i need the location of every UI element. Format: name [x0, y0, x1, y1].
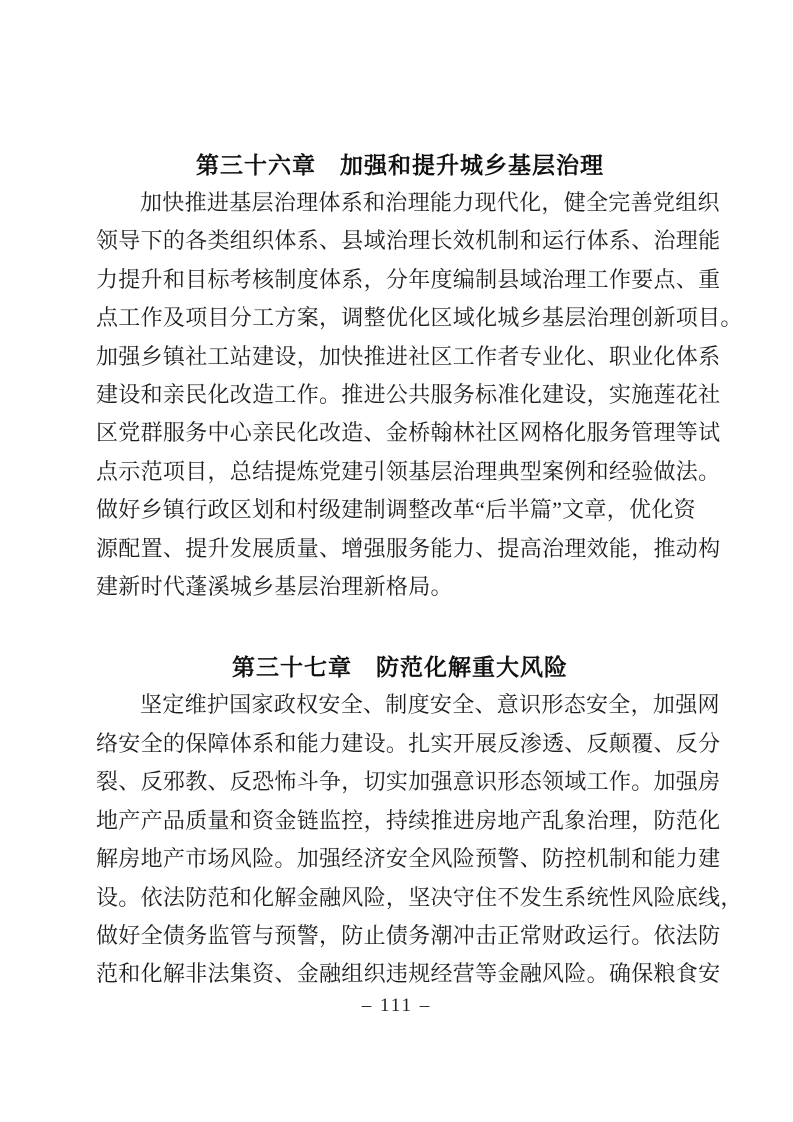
page-number: – 111 – [0, 995, 793, 1017]
body-line: 做好乡镇行政区划和村级建制调整改革“后半篇”文章，优化资 [96, 491, 704, 529]
body-line: 坚定维护国家政权安全、制度安全、意识形态安全，加强网 [96, 686, 704, 724]
chapter-36-heading: 第三十六章 加强和提升城乡基层治理 [96, 150, 704, 180]
body-line: 领导下的各类组织体系、县域治理长效机制和运行体系、治理能 [96, 222, 704, 260]
chapter-36-paragraph: 加快推进基层治理体系和治理能力现代化，健全完善党组织 领导下的各类组织体系、县域… [96, 184, 704, 606]
document-page: 第三十六章 加强和提升城乡基层治理 加快推进基层治理体系和治理能力现代化，健全完… [0, 0, 793, 1122]
body-line: 加快推进基层治理体系和治理能力现代化，健全完善党组织 [96, 184, 704, 222]
body-line: 区党群服务中心亲民化改造、金桥翰林社区网格化服务管理等试 [96, 414, 704, 452]
chapter-37-paragraph: 坚定维护国家政权安全、制度安全、意识形态安全，加强网 络安全的保障体系和能力建设… [96, 686, 704, 993]
body-line: 络安全的保障体系和能力建设。扎实开展反渗透、反颠覆、反分 [96, 725, 704, 763]
text-column: 第三十六章 加强和提升城乡基层治理 加快推进基层治理体系和治理能力现代化，健全完… [96, 0, 704, 994]
body-line: 点工作及项目分工方案，调整优化区域化城乡基层治理创新项目。 [96, 299, 704, 337]
body-line: 裂、反邪教、反恐怖斗争，切实加强意识形态领域工作。加强房 [96, 763, 704, 801]
body-line: 加强乡镇社工站建设，加快推进社区工作者专业化、职业化体系 [96, 338, 704, 376]
body-line: 源配置、提升发展质量、增强服务能力、提高治理效能，推动构 [96, 530, 704, 568]
body-line: 做好全债务监管与预警，防止债务潮冲击正常财政运行。依法防 [96, 917, 704, 955]
body-line: 范和化解非法集资、金融组织违规经营等金融风险。确保粮食安 [96, 955, 704, 993]
body-line: 解房地产市场风险。加强经济安全风险预警、防控机制和能力建 [96, 840, 704, 878]
body-line: 地产产品质量和资金链监控，持续推进房地产乱象治理，防范化 [96, 802, 704, 840]
body-line: 建新时代蓬溪城乡基层治理新格局。 [96, 568, 704, 606]
body-line: 建设和亲民化改造工作。推进公共服务标准化建设，实施莲花社 [96, 376, 704, 414]
body-line: 点示范项目，总结提炼党建引领基层治理典型案例和经验做法。 [96, 453, 704, 491]
body-line: 设。依法防范和化解金融风险，坚决守住不发生系统性风险底线， [96, 879, 704, 917]
body-line: 力提升和目标考核制度体系，分年度编制县域治理工作要点、重 [96, 261, 704, 299]
chapter-37-heading: 第三十七章 防范化解重大风险 [96, 652, 704, 682]
